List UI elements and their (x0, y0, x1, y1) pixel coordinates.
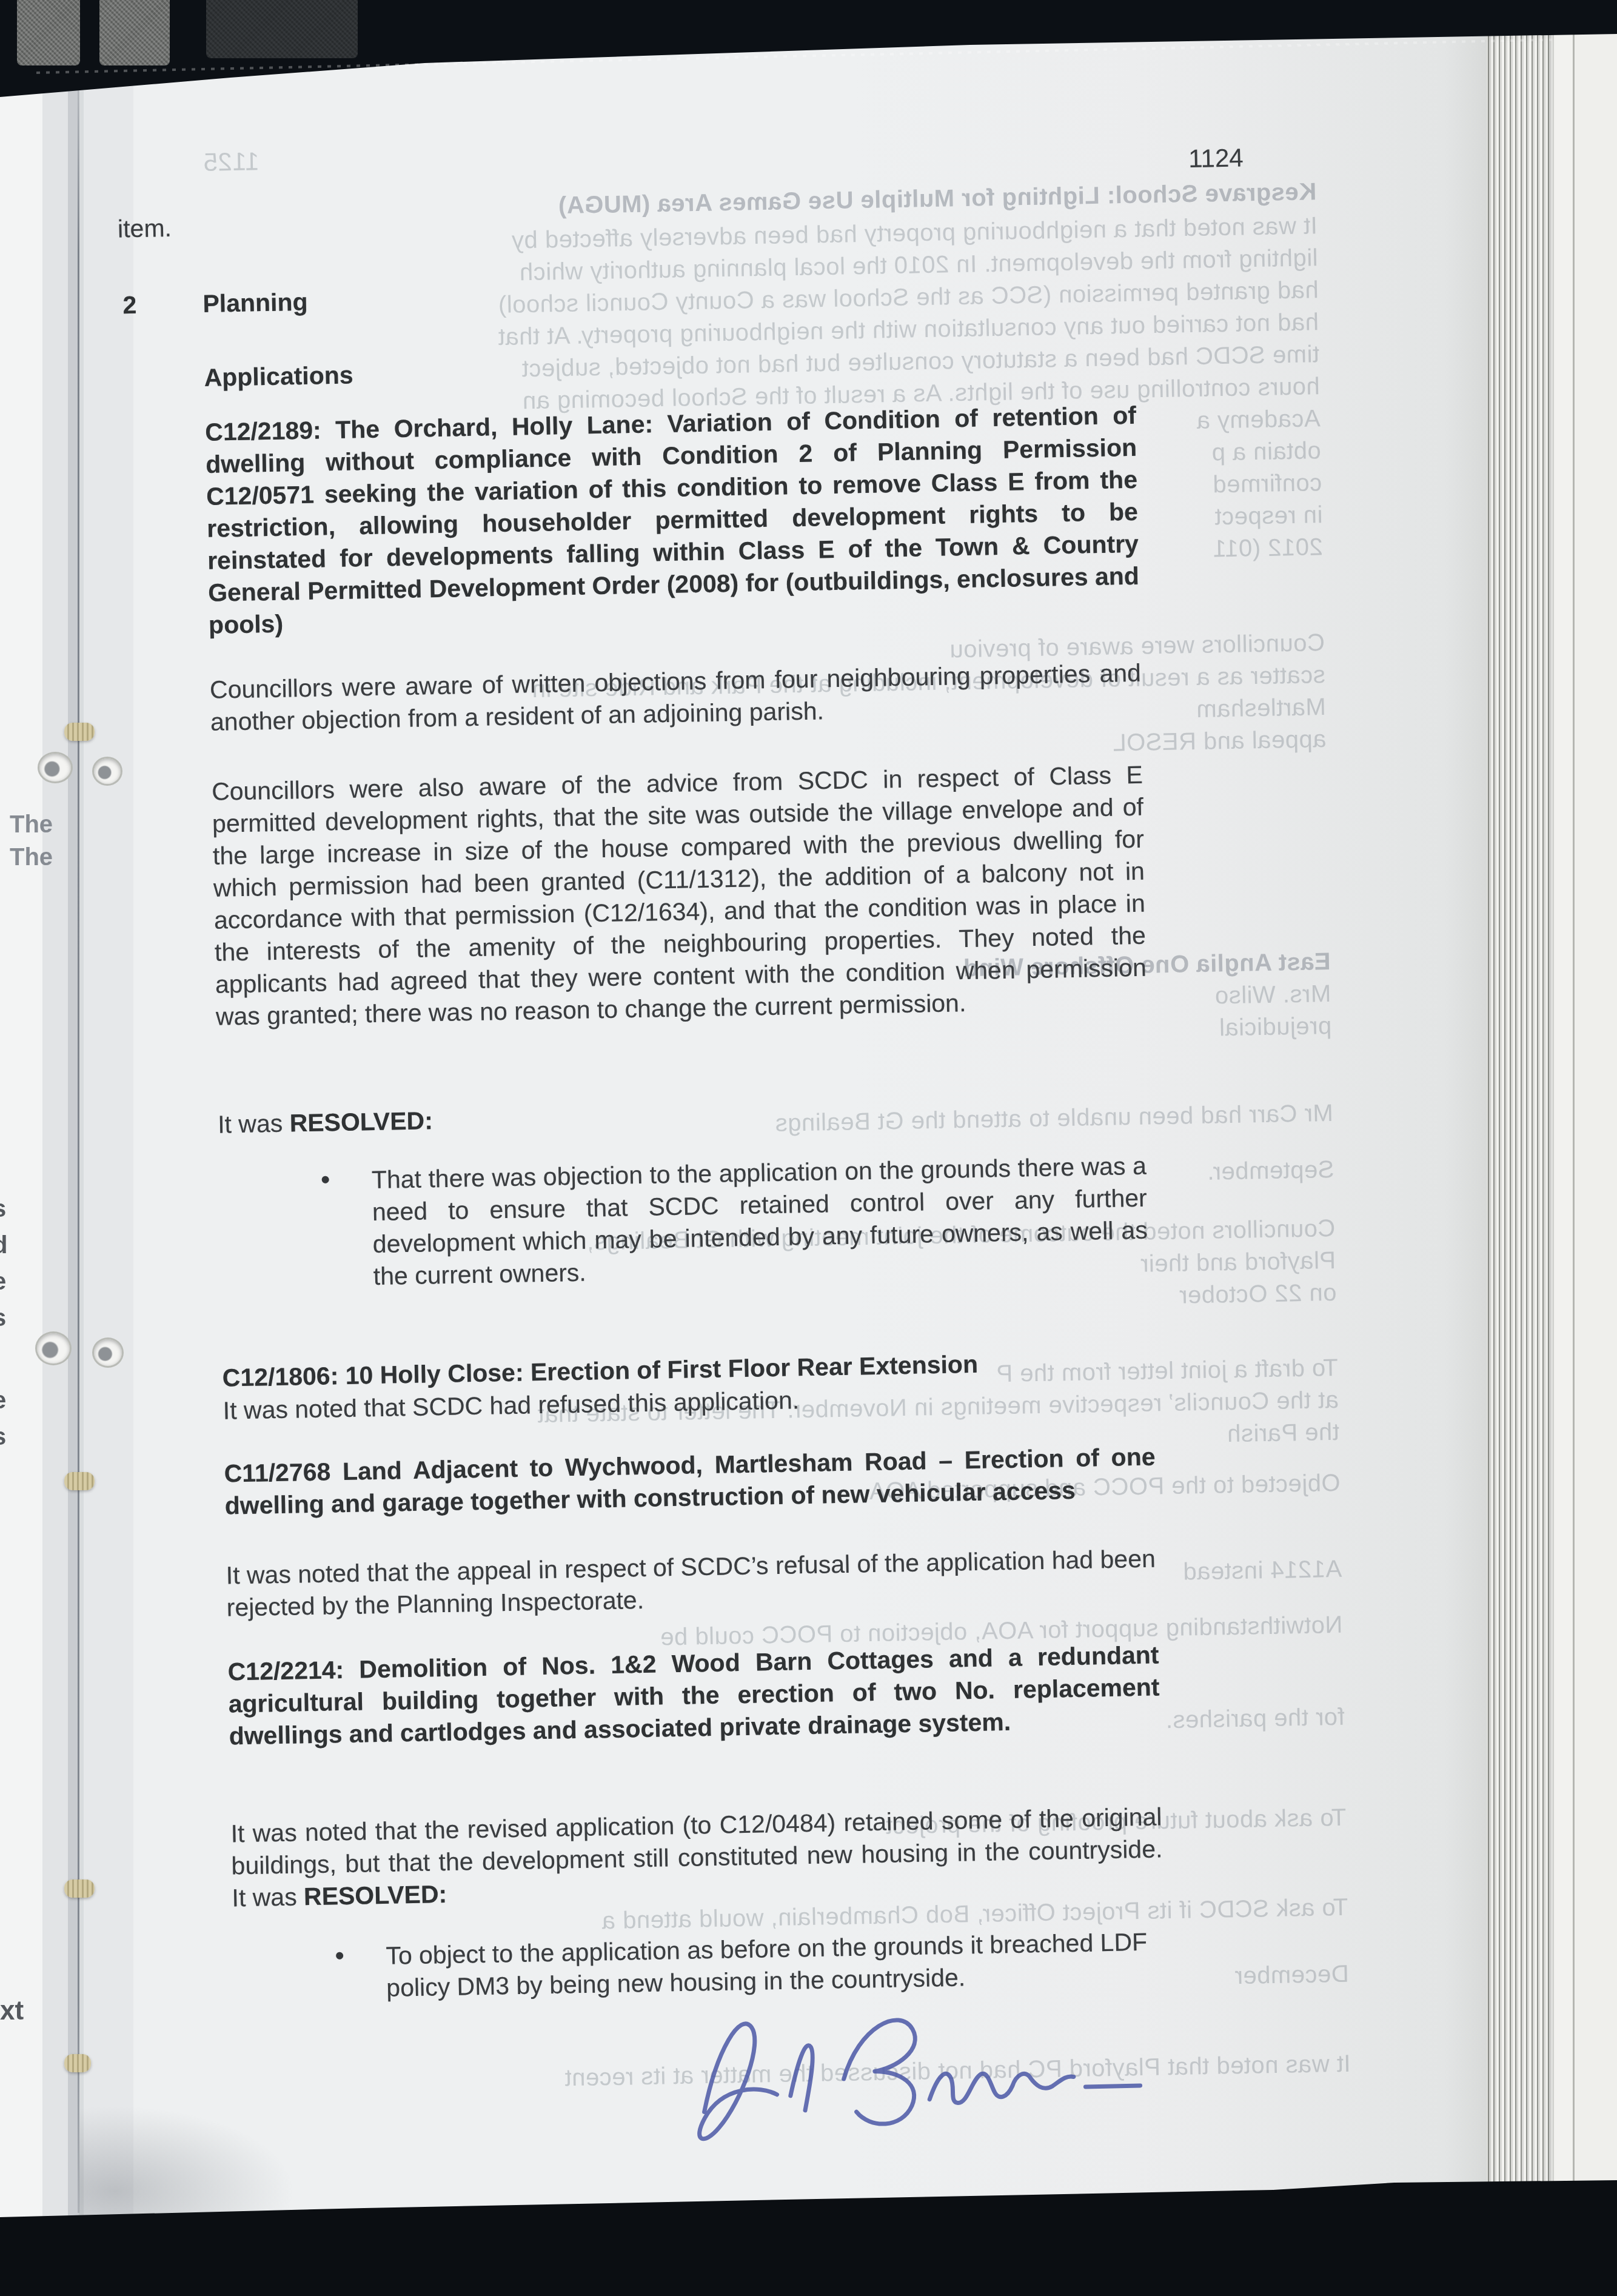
bleed-through-line: September. (1207, 1156, 1334, 1186)
cover-fabric-patch (206, 0, 358, 58)
bleed-through-page-number: 1125 (203, 147, 259, 176)
bleed-through-line: the Parish (1227, 1418, 1339, 1448)
bleed-through-line: on 22 October (1179, 1279, 1337, 1310)
bleed-through-line: prejudicial (1219, 1012, 1332, 1042)
bleed-through-line: obtain a p (1211, 437, 1322, 466)
resolved-prefix: It was (218, 1110, 290, 1139)
application-heading-c11-2768: C11/2768 Land Adjacent to Wychwood, Mart… (224, 1441, 1156, 1522)
section-title: Planning (203, 286, 308, 320)
bleed-through-line: Mrs. Wilso (1215, 980, 1331, 1010)
paragraph-objections: Councillors were aware of written object… (210, 657, 1142, 738)
resolved-word: RESOLVED (304, 1880, 439, 1910)
resolution-bullet-objection: That there was objection to the applicat… (371, 1150, 1148, 1293)
resolved-colon: : (424, 1106, 433, 1134)
resolved-word: RESOLVED (289, 1106, 424, 1137)
note-c12-2214: It was noted that the revised applicatio… (230, 1801, 1163, 1914)
bleed-through-line: December (1234, 1960, 1349, 1990)
bleed-through-line: confirmed (1213, 469, 1322, 498)
application-heading-c12-2189: C12/2189: The Orchard, Holly Lane: Varia… (205, 400, 1140, 641)
cover-fabric-patch (99, 0, 170, 65)
bleed-through-line: To draft a joint letter from the P (996, 1354, 1339, 1388)
bleed-through-line: Mr Carr had been unable to attend the Gt… (775, 1099, 1333, 1137)
bleed-through-line: Martlesham (1196, 693, 1327, 723)
bleed-through-line: A1214 instead (1182, 1555, 1342, 1586)
bleed-through-line: for the parishes. (1165, 1703, 1345, 1734)
section-number: 2 (122, 289, 137, 321)
paragraph-scdc-advice: Councillors were also aware of the advic… (212, 759, 1148, 1033)
cover-fabric-patch (17, 0, 80, 65)
bleed-through-line: in respect (1214, 501, 1322, 530)
scanned-minutes-page: The The s d e s e s xt 1125 Kesgrave Sch… (0, 0, 1617, 2296)
page-number: 1124 (1188, 141, 1244, 175)
resolved-colon: : (438, 1880, 447, 1908)
resolved-line: It was RESOLVED: (218, 1105, 434, 1140)
bleed-through-line: 2012 (011 (1213, 533, 1323, 563)
subsection-title: Applications (204, 359, 353, 393)
bleed-through-line: Academy a (1196, 404, 1321, 435)
application-heading-c12-2214: C12/2214: Demolition of Nos. 1&2 Wood Ba… (227, 1639, 1160, 1752)
page-content: 1125 Kesgrave School: Lighting for Multi… (0, 0, 1617, 2296)
bleed-through-line: Playford and their (1140, 1247, 1336, 1278)
bleed-through-line: appeal and RESOL (1113, 725, 1327, 757)
margin-item-label: item. (118, 212, 172, 246)
note-c11-2768: It was noted that the appeal in respect … (226, 1542, 1158, 1624)
